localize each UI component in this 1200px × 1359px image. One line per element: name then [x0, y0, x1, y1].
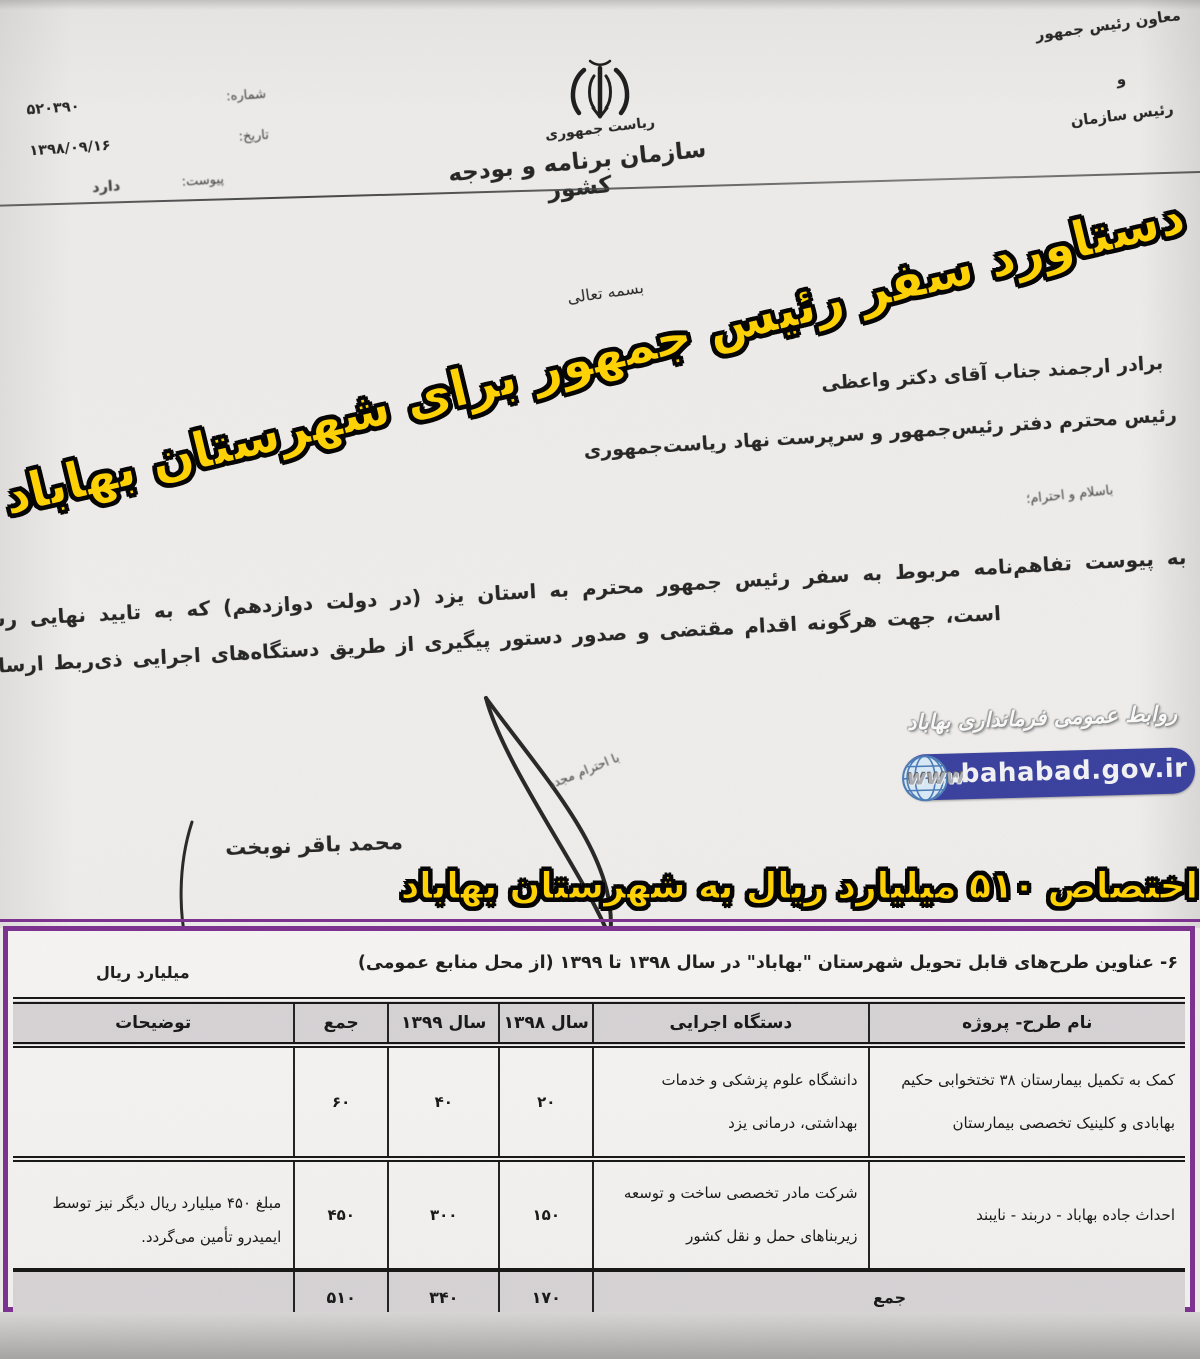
letter-date-value: ۱۳۹۸/۰۹/۱۶: [29, 138, 111, 160]
watermark-url-text: .bahabad.gov.ir: [949, 753, 1190, 789]
allocation-banner: اختصاص ۵۱۰ میلیارد ریال به شهرستان بهابا…: [450, 850, 1198, 924]
table-unit-label: میلیارد ریال: [96, 963, 190, 982]
letter-number-label: شماره:: [226, 87, 267, 105]
watermark-url-pill: www .bahabad.gov.ir: [902, 747, 1195, 801]
col-total: جمع: [294, 1001, 388, 1046]
y1399-cell: ۳۰۰: [388, 1159, 499, 1270]
diagonal-caption: دستاورد سفر رئیس جمهور برای شهرستان بهاب…: [10, 187, 1190, 524]
letterhead-organization: سازمان برنامه و بودجه کشور: [434, 135, 723, 214]
body-paragraph-line1: به پیوست تفاهم‌نامه مربوط به سفر رئیس جم…: [0, 545, 1187, 634]
letter-number-row: شماره: ۵۲۰۳۹۰: [26, 86, 267, 119]
handwritten-note-line3: رئیس سازمان: [1055, 98, 1188, 132]
table-row-hospital: کمک به تکمیل بیمارستان ۳۸ تختخوابی حکیم …: [13, 1045, 1185, 1159]
col-notes: توضیحات: [13, 1001, 294, 1046]
y1399-cell: ۴۰: [388, 1045, 499, 1159]
letter-attachment-value: دارد: [92, 178, 121, 196]
recipient-name-line: برادر ارجمند جناب آقای دکتر واعظی: [820, 352, 1163, 395]
recipient-title-line: رئیس محترم دفتر رئیس‌جمهور و سرپرست نهاد…: [583, 404, 1177, 462]
total-cell: ۴۵۰: [294, 1159, 388, 1270]
letter-number-value: ۵۲۰۳۹۰: [26, 99, 80, 119]
agency-cell: دانشگاه علوم پزشکی و خدمات بهداشتی، درما…: [593, 1045, 868, 1159]
projects-table-box: ۶- عناوین طرح‌های قابل تحویل شهرستان "به…: [3, 926, 1195, 1312]
salutation-text: باسلام و احترام؛: [1025, 483, 1113, 507]
letter-attachment-label: پیوست:: [181, 172, 224, 190]
col-year-1399: سال ۱۳۹۹: [388, 1001, 499, 1046]
agency-cell: شرکت مادر تخصصی ساخت و توسعه زیربناهای ح…: [593, 1159, 868, 1270]
table-title: ۶- عناوین طرح‌های قابل تحویل شهرستان "به…: [358, 953, 1178, 973]
notes-cell: مبلغ ۴۵۰ میلیارد ریال دیگر نیز توسط ایمی…: [13, 1159, 294, 1270]
letter-attachment-row: پیوست: دارد: [32, 168, 273, 201]
project-cell: کمک به تکمیل بیمارستان ۳۸ تختخوابی حکیم …: [869, 1045, 1185, 1159]
notes-cell: [13, 1045, 294, 1159]
watermark-script-text: روابط عمومی فرمانداری بهاباد: [888, 701, 1197, 736]
project-cell: احداث جاده بهاباد - دربند - نایبند: [869, 1159, 1185, 1270]
scanned-letter-page: شماره: ۵۲۰۳۹۰ تاریخ: ۱۳۹۸/۰۹/۱۶ پیوست: د…: [0, 0, 1200, 1359]
purple-accent-line: [0, 919, 1200, 922]
col-project-name: نام طرح- پروژه: [869, 1001, 1185, 1046]
y1398-cell: ۲۰: [499, 1045, 593, 1159]
scan-bottom-strip: [0, 1312, 1200, 1359]
table-header-row: نام طرح- پروژه دستگاه اجرایی سال ۱۳۹۸ سا…: [13, 1001, 1185, 1046]
col-year-1398: سال ۱۳۹۸: [499, 1001, 593, 1046]
y1398-cell: ۱۵۰: [499, 1159, 593, 1270]
letter-date-label: تاریخ:: [238, 128, 269, 145]
total-cell: ۶۰: [294, 1045, 388, 1159]
handwritten-note-line2: و: [1107, 68, 1135, 89]
letter-date-row: تاریخ: ۱۳۹۸/۰۹/۱۶: [29, 127, 270, 160]
table-row-road: احداث جاده بهاباد - دربند - نایبند شرکت …: [13, 1159, 1185, 1270]
handwritten-note-line1: معاون رئیس جمهور: [1028, 5, 1189, 45]
projects-table: نام طرح- پروژه دستگاه اجرایی سال ۱۳۹۸ سا…: [13, 997, 1185, 1329]
col-executive-agency: دستگاه اجرایی: [593, 1001, 868, 1046]
besmellah-text: بسمه تعالی: [537, 274, 673, 312]
